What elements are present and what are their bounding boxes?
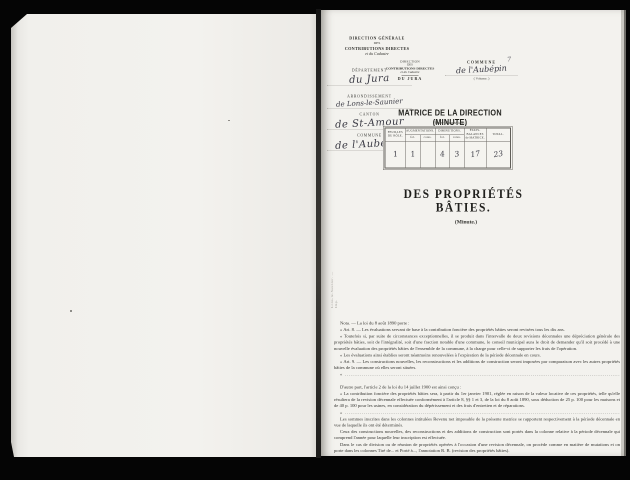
handwritten-count: 23 — [493, 149, 504, 160]
dotted-rule — [327, 85, 412, 86]
value-cell: 4 — [435, 141, 450, 168]
nota-line: « Les évaluations ainsi établies seront … — [334, 352, 620, 358]
arrondissement-value-handwritten: de Lons-le-Saunier — [336, 97, 403, 108]
usage-notes-block: Les sommes inscrites dans les colonnes i… — [334, 416, 620, 454]
small-rule — [402, 75, 419, 76]
nota-block: Nota. — La loi du 8 août 1890 porte : « … — [334, 320, 620, 378]
header-line: CONTRIBUTIONS DIRECTES — [328, 46, 426, 51]
handwritten-count: 17 — [470, 149, 481, 160]
dotted-ellipsis-line: « ......................................… — [334, 409, 620, 415]
value-cell — [420, 141, 435, 168]
nota-line: « Art. 9. — Les constructions nouvelles,… — [334, 358, 620, 370]
header-line: DES — [328, 41, 426, 45]
table-row: 1 1 4 3 17 23 — [385, 141, 510, 168]
summary-table-wrap: FEUILLES DU RÔLE. AUGMENTATIONS. DIMINUT… — [385, 128, 510, 168]
printer-imprint: Lons-le-Saunier. — Imp. — [330, 263, 338, 308]
main-title: DES PROPRIÉTÉS BÂTIES. — [381, 187, 546, 214]
law-line: D'autre part, l'article 2 de la loi du 1… — [334, 384, 620, 390]
dotted-ellipsis-line: « ......................................… — [334, 371, 620, 377]
handwritten-count: 4 — [439, 149, 445, 159]
handwritten-count: 3 — [454, 149, 460, 159]
law-block: D'autre part, l'article 2 de la loi du 1… — [334, 384, 620, 416]
col-header-etats: ÉTATS- BALANCES de MATRICE. — [464, 128, 486, 141]
scan-speck — [228, 120, 230, 121]
direction-line: et du Cadastre — [380, 71, 440, 75]
scan-speck — [70, 310, 72, 312]
col-header-total: TOTAL. — [486, 128, 510, 141]
header-line: et du Cadastre — [328, 52, 426, 57]
folio-number-handwritten: 7 — [507, 56, 512, 64]
matrice-subtitle: (Ordre alphabétique.) — [380, 121, 520, 126]
value-cell: 3 — [450, 141, 465, 168]
direction-box: DIRECTION DES CONTRIBUTIONS DIRECTES et … — [380, 60, 440, 81]
administration-header: DIRECTION GÉNÉRALE DES CONTRIBUTIONS DIR… — [328, 36, 426, 56]
header-line: DIRECTION GÉNÉRALE — [328, 36, 426, 41]
note-line: Les sommes inscrites dans les colonnes i… — [334, 416, 620, 428]
note-line: Ceux des constructions nouvelles, des re… — [334, 429, 620, 441]
value-cell: 17 — [464, 141, 486, 168]
nota-line: « Art. 8. — Les évaluations servant de b… — [334, 327, 620, 333]
direction-line: DU JURA — [380, 77, 440, 82]
value-cell: 1 — [405, 141, 420, 168]
col-header-feuilles: FEUILLES DU RÔLE. — [385, 128, 405, 141]
law-line: « La contribution foncière des propriété… — [334, 391, 620, 409]
arrondissement-label: ARRONDISSEMENT — [322, 94, 417, 99]
field-arrondissement: ARRONDISSEMENT de Lons-le-Saunier — [322, 94, 417, 109]
right-form-page: DIRECTION GÉNÉRALE DES CONTRIBUTIONS DIR… — [321, 10, 624, 456]
handwritten-count: 1 — [410, 149, 416, 159]
summary-table: FEUILLES DU RÔLE. AUGMENTATIONS. DIMINUT… — [385, 128, 510, 168]
direction-commune-box: DIRECTION DES CONTRIBUTIONS DIRECTES et … — [380, 60, 523, 81]
handwritten-count: 1 — [392, 149, 398, 159]
left-blank-page — [11, 14, 316, 457]
scanned-register-photo: DIRECTION GÉNÉRALE DES CONTRIBUTIONS DIR… — [0, 0, 630, 480]
commune-box-value-handwritten: de l'Aubépin — [456, 63, 507, 75]
nota-line: Nota. — La loi du 8 août 1890 porte : — [334, 320, 620, 326]
note-line: Dans le cas de division ou de réunion de… — [334, 441, 620, 453]
right-page-content: DIRECTION GÉNÉRALE DES CONTRIBUTIONS DIR… — [321, 10, 624, 456]
value-cell: 23 — [486, 141, 510, 168]
volume-note: ( Volume. ) — [440, 77, 523, 81]
main-subtitle: (Minute.) — [396, 219, 536, 225]
nota-line: « Toutefois si, par suite de circonstanc… — [334, 333, 620, 351]
value-cell: 1 — [385, 141, 405, 168]
